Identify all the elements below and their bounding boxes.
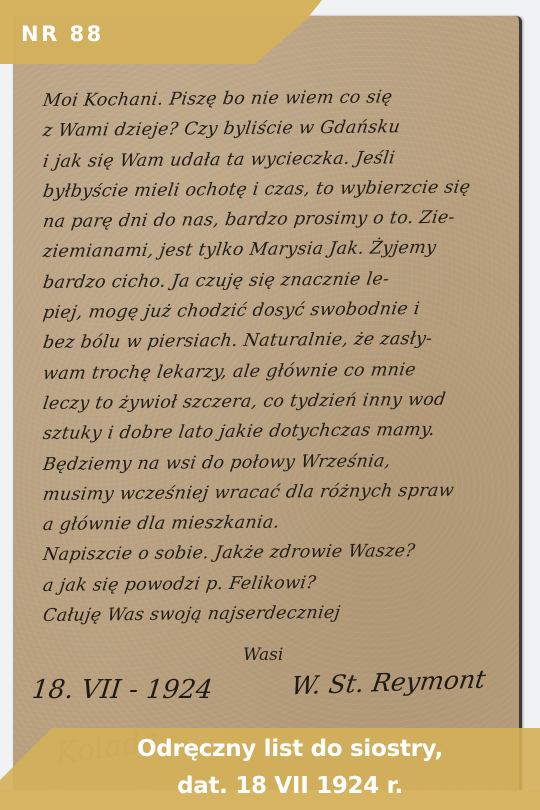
letter-line: Całuję Was swoją najserdeczniej: [41, 596, 516, 631]
caption: Odręczny list do siostry, dat. 18 VII 19…: [60, 731, 520, 805]
caption-line-1: Odręczny list do siostry,: [60, 731, 520, 768]
handwritten-date: 18. VII - 1924: [30, 675, 214, 705]
letter-line: sztuky i dobre lato jakie dotychczas mam…: [41, 414, 516, 449]
letter-line: Napiszcie o sobie. Jakże zdrowie Wasze?: [41, 536, 516, 571]
letter-line: ziemianami, jest tylko Marysia Jak. Żyje…: [41, 233, 516, 268]
caption-line-2: dat. 18 VII 1924 r.: [60, 768, 520, 805]
letter-line: i jak się Wam udała ta wycieczka. Jeśli: [41, 142, 516, 177]
letter-line: z Wami dzieje? Czy byliście w Gdańsku: [41, 111, 516, 146]
letter-line: bardzo cicho. Ja czuję się znacznie le-: [41, 263, 516, 298]
item-number-label: NR 88: [21, 20, 104, 48]
letter-line: bez bólu w piersiach. Naturalnie, że zas…: [41, 323, 516, 358]
letter-line: wam trochę lekarzy, ale głównie co mnie: [41, 354, 516, 389]
letter-line: Będziemy na wsi do połowy Września,: [41, 445, 516, 480]
letter-line: a jak się powodzi p. Felikowi?: [41, 566, 516, 601]
top-banner-strip: [0, 16, 13, 64]
letter-closing: Wasi: [243, 645, 283, 665]
top-banner-band: [0, 0, 322, 16]
handwritten-letter-body: Moi Kochani. Piszę bo nie wiem co się z …: [43, 86, 513, 631]
